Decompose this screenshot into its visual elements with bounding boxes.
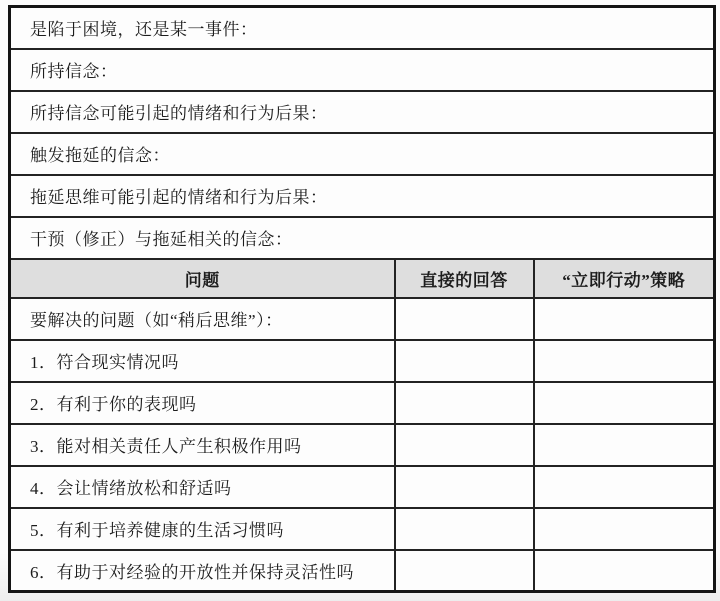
table-row: 2．有利于你的表现吗 — [10, 382, 715, 424]
table-row: 6．有助于对经验的开放性并保持灵活性吗 — [10, 550, 715, 592]
question-label: 2．有利于你的表现吗 — [10, 382, 395, 424]
table-row: 是陷于困境，还是某一事件： — [10, 7, 715, 49]
intro-row-label: 是陷于困境，还是某一事件： — [10, 7, 715, 49]
table-row: 3．能对相关责任人产生积极作用吗 — [10, 424, 715, 466]
question-label: 5．有利于培养健康的生活习惯吗 — [10, 508, 395, 550]
direct-answer-cell — [395, 466, 534, 508]
direct-answer-cell — [395, 508, 534, 550]
action-strategy-cell — [534, 466, 715, 508]
action-strategy-cell — [534, 298, 715, 340]
table-row: 5．有利于培养健康的生活习惯吗 — [10, 508, 715, 550]
question-label: 3．能对相关责任人产生积极作用吗 — [10, 424, 395, 466]
table-row: 所持信念： — [10, 49, 715, 91]
direct-answer-cell — [395, 382, 534, 424]
action-strategy-cell — [534, 550, 715, 592]
question-label: 6．有助于对经验的开放性并保持灵活性吗 — [10, 550, 395, 592]
question-label: 4．会让情绪放松和舒适吗 — [10, 466, 395, 508]
intro-row-label: 所持信念可能引起的情绪和行为后果： — [10, 91, 715, 133]
action-strategy-cell — [534, 424, 715, 466]
intro-row-label: 干预（修正）与拖延相关的信念： — [10, 217, 715, 259]
table-row: 1．符合现实情况吗 — [10, 340, 715, 382]
document-page: 是陷于困境，还是某一事件： 所持信念： 所持信念可能引起的情绪和行为后果： 触发… — [0, 0, 720, 601]
direct-answer-cell — [395, 424, 534, 466]
action-strategy-cell — [534, 382, 715, 424]
table-row: 所持信念可能引起的情绪和行为后果： — [10, 91, 715, 133]
table-row: 要解决的问题（如“稍后思维”）： — [10, 298, 715, 340]
table-row: 4．会让情绪放松和舒适吗 — [10, 466, 715, 508]
table-row: 触发拖延的信念： — [10, 133, 715, 175]
action-strategy-cell — [534, 508, 715, 550]
direct-answer-cell — [395, 550, 534, 592]
question-label: 1．符合现实情况吗 — [10, 340, 395, 382]
header-cell-action-strategy: “立即行动”策略 — [534, 259, 715, 298]
intro-row-label: 拖延思维可能引起的情绪和行为后果： — [10, 175, 715, 217]
intro-row-label: 触发拖延的信念： — [10, 133, 715, 175]
direct-answer-cell — [395, 298, 534, 340]
direct-answer-cell — [395, 340, 534, 382]
procrastination-worksheet-table: 是陷于困境，还是某一事件： 所持信念： 所持信念可能引起的情绪和行为后果： 触发… — [8, 5, 716, 593]
table-row: 拖延思维可能引起的情绪和行为后果： — [10, 175, 715, 217]
header-cell-direct-answer: 直接的回答 — [395, 259, 534, 298]
action-strategy-cell — [534, 340, 715, 382]
intro-row-label: 所持信念： — [10, 49, 715, 91]
table-header-row: 问题 直接的回答 “立即行动”策略 — [10, 259, 715, 298]
header-cell-question: 问题 — [10, 259, 395, 298]
table-row: 干预（修正）与拖延相关的信念： — [10, 217, 715, 259]
question-label: 要解决的问题（如“稍后思维”）： — [10, 298, 395, 340]
